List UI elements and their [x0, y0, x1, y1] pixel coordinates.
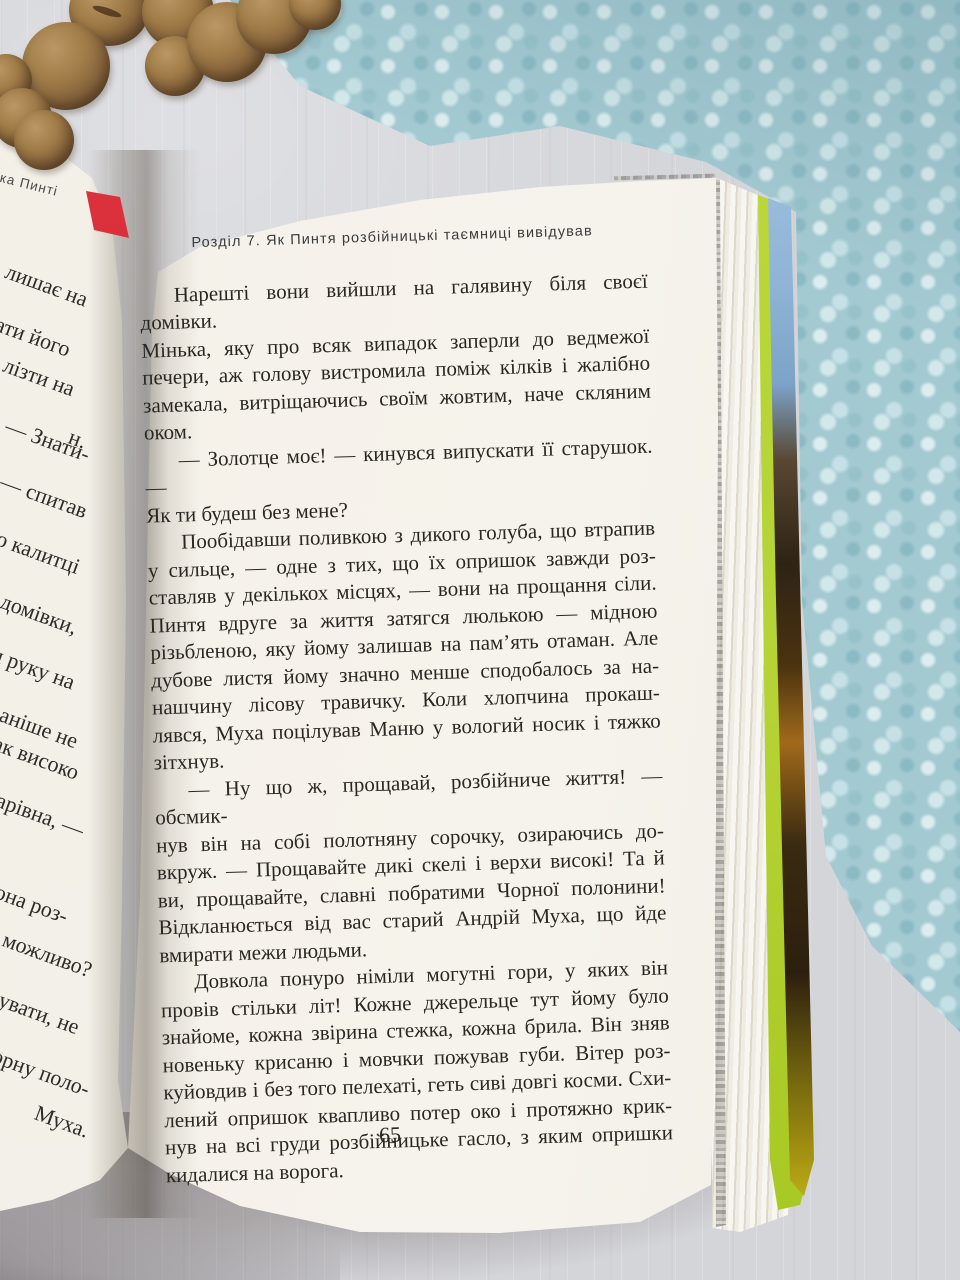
left-running-header: ка Пинті — [0, 170, 60, 199]
text-line-fragment: Чорну поло- — [0, 1038, 93, 1102]
text-line-fragment: ой по калитці — [0, 512, 83, 580]
photo-of-open-book: ка Пинті ось лишає на аде, знати його ив… — [0, 0, 960, 1280]
text-line-fragment: Муха. — [31, 1100, 93, 1144]
right-page-text: Розділ 7. Як Пинтя розбійницькі таємниці… — [138, 217, 674, 1190]
text-line-fragment: к чарівна, — — [0, 778, 88, 843]
text-line-fragment: ької домівки, — [0, 574, 81, 640]
text-line-fragment: дякувати, не — [0, 976, 83, 1040]
text-line-fragment: зку, вона роз- — [0, 862, 72, 929]
text-line-fragment: ось лишає на — [0, 246, 91, 312]
page-number: 65 — [348, 1121, 433, 1150]
text-line-fragment: ке можливо? — [0, 918, 96, 983]
text-line-fragment: в він руку на — [0, 630, 79, 695]
